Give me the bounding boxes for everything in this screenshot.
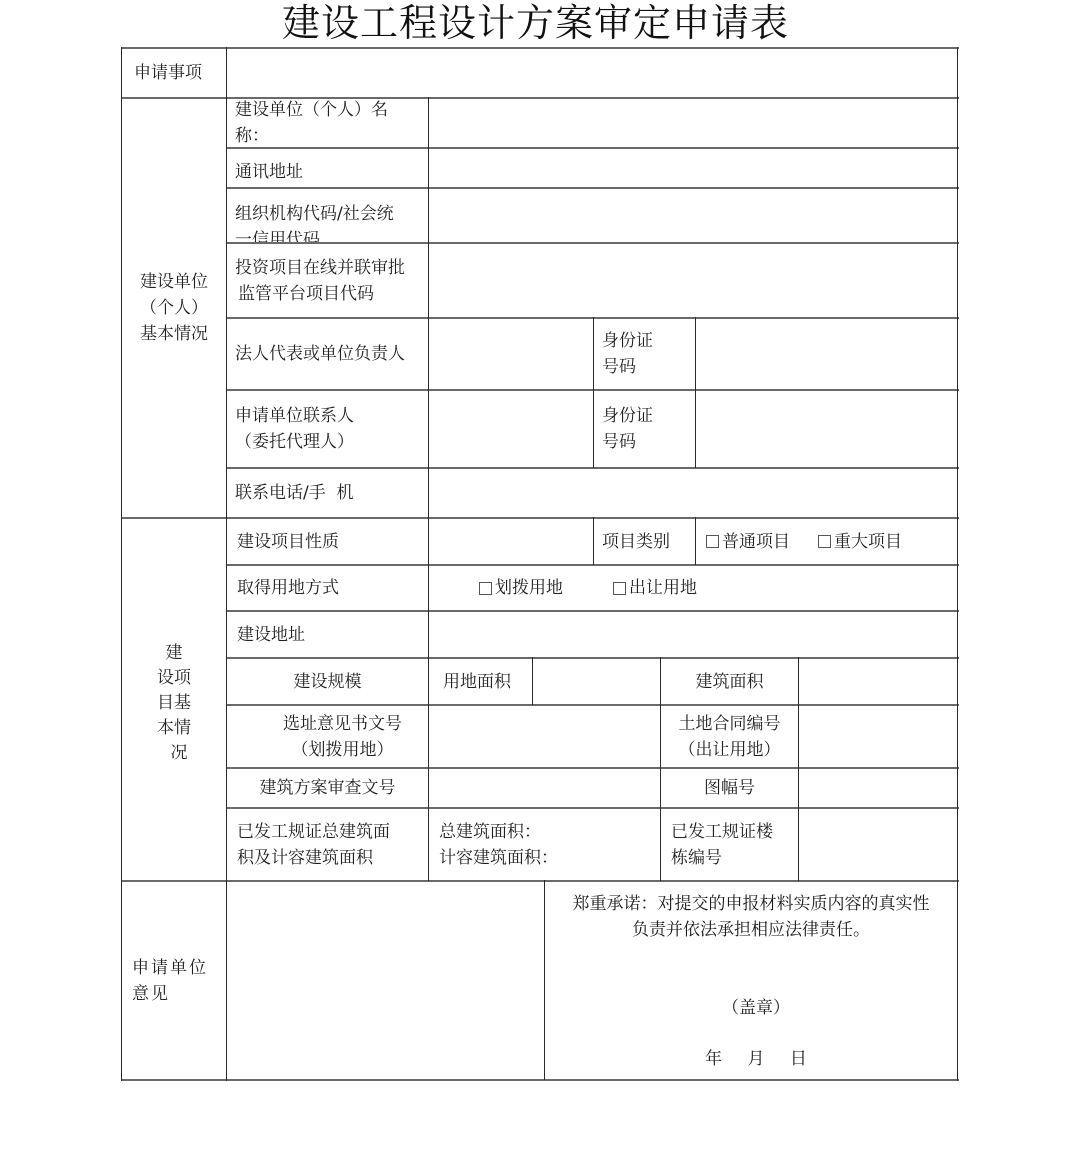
org-code-label-line: 组织机构代码/社会统: [235, 201, 394, 227]
issued-permit-area-label-line: 积及计容建筑面积: [237, 845, 390, 871]
site-opinion-field[interactable]: [429, 706, 660, 767]
project-section-label-line: 设项: [157, 666, 191, 691]
checkbox-major-project[interactable]: 重大项目: [818, 529, 902, 555]
page-title: 建设工程设计方案审定申请表: [0, 0, 1071, 48]
issued-permit-area-field[interactable]: 总建筑面积： 计容建筑面积：: [429, 809, 660, 880]
project-nature-field[interactable]: [429, 519, 593, 564]
scale-label: 建设规模: [227, 659, 428, 704]
opinion-section-label: 申请单位 意见: [122, 882, 226, 1079]
legal-rep-id-field[interactable]: [696, 319, 957, 389]
contact-id-field[interactable]: [696, 391, 957, 467]
project-section-label-line: 建: [157, 641, 191, 666]
pledge-text: 郑重承诺：对提交的申报材料实质内容的真实性 负责并依法承担相应法律责任。: [544, 891, 958, 943]
platform-code-field[interactable]: [429, 244, 957, 317]
applicant-section-label-line: 建设单位: [140, 269, 208, 295]
land-contract-label-line: （出让用地）: [679, 737, 781, 763]
legal-rep-id-label-line: 身份证: [602, 328, 653, 354]
date-label: 年 月 日: [544, 1044, 968, 1069]
land-contract-label-line: 土地合同编号: [679, 711, 781, 737]
contact-person-label: 申请单位联系人 （委托代理人）: [227, 391, 428, 467]
checkbox-icon[interactable]: [818, 535, 831, 548]
mailing-address-label: 通讯地址: [227, 149, 428, 187]
issued-permit-building-label: 已发工规证楼 栋编号: [661, 809, 798, 880]
site-address-field[interactable]: [429, 612, 957, 657]
checkbox-label: 普通项目: [722, 529, 790, 555]
opinion-section-label-line: 申请单位: [132, 955, 208, 981]
issued-permit-building-field[interactable]: [799, 809, 957, 880]
project-category-label: 项目类别: [594, 519, 695, 564]
land-area-field[interactable]: [533, 659, 660, 704]
land-method-label: 取得用地方式: [227, 566, 428, 610]
land-method-options: 划拨用地 出让用地: [429, 566, 957, 610]
contact-id-label-line: 身份证: [602, 403, 653, 429]
mailing-address-field[interactable]: [429, 149, 957, 187]
project-nature-label: 建设项目性质: [227, 519, 428, 564]
contact-id-label-line: 号码: [602, 429, 653, 455]
org-code-label: 组织机构代码/社会统 一信用代码: [227, 189, 428, 242]
project-section-label: 建 设项 目基 本情 况: [122, 519, 226, 880]
scheme-review-field[interactable]: [429, 769, 660, 807]
checkbox-icon[interactable]: [613, 582, 626, 595]
legal-rep-id-label-line: 号码: [602, 354, 653, 380]
project-category-options: 普通项目 重大项目: [696, 519, 957, 564]
checkbox-label: 重大项目: [834, 529, 902, 555]
checkbox-ordinary-project[interactable]: 普通项目: [706, 529, 790, 555]
project-section-label-line: 本情: [157, 716, 191, 741]
issued-permit-area-label: 已发工规证总建筑面 积及计容建筑面积: [227, 809, 428, 880]
application-item-label: 申请事项: [122, 49, 226, 97]
sheet-number-label: 图幅号: [661, 769, 798, 807]
opinion-section-label-line: 意见: [132, 981, 208, 1007]
checkbox-allocated-land[interactable]: 划拨用地: [479, 575, 563, 601]
seal-label: （盖章）: [544, 993, 968, 1018]
sheet-number-field[interactable]: [799, 769, 957, 807]
building-area-field[interactable]: [799, 659, 957, 704]
checkbox-label: 出让用地: [629, 575, 697, 601]
phone-label: 联系电话/手 机: [227, 469, 428, 517]
applicant-name-field[interactable]: [429, 99, 957, 147]
platform-code-label-line: 监管平台项目代码: [235, 281, 405, 307]
land-contract-label: 土地合同编号 （出让用地）: [661, 706, 798, 767]
project-section-label-line: 目基: [157, 691, 191, 716]
checkbox-transferred-land[interactable]: 出让用地: [613, 575, 697, 601]
phone-field[interactable]: [429, 469, 957, 517]
opinion-field[interactable]: [227, 882, 544, 1079]
legal-rep-label: 法人代表或单位负责人: [227, 319, 428, 389]
contact-person-field[interactable]: [429, 391, 593, 467]
legal-rep-id-label: 身份证 号码: [594, 319, 695, 389]
checkbox-label: 划拨用地: [495, 575, 563, 601]
land-contract-field[interactable]: [799, 706, 957, 767]
checkbox-icon[interactable]: [706, 535, 719, 548]
contact-id-label: 身份证 号码: [594, 391, 695, 467]
applicant-name-label: 建设单位（个人）名称：: [227, 99, 428, 147]
contact-person-label-line: 申请单位联系人: [235, 403, 354, 429]
site-opinion-label: 选址意见书文号 （划拨用地）: [227, 706, 428, 767]
site-opinion-label-line: （划拨用地）: [283, 737, 402, 763]
site-opinion-label-line: 选址意见书文号: [283, 711, 402, 737]
total-building-area-label: 总建筑面积：: [439, 819, 558, 845]
platform-code-label-line: 投资项目在线并联审批: [235, 255, 405, 281]
application-item-field[interactable]: [227, 49, 957, 97]
building-area-label: 建筑面积: [661, 659, 798, 704]
pledge-block: 郑重承诺：对提交的申报材料实质内容的真实性 负责并依法承担相应法律责任。 （盖章…: [544, 881, 958, 1080]
applicant-section-label: 建设单位 （个人） 基本情况: [122, 99, 226, 517]
org-code-field[interactable]: [429, 189, 957, 242]
scheme-review-label: 建筑方案审查文号: [227, 769, 428, 807]
checkbox-icon[interactable]: [479, 582, 492, 595]
platform-code-label: 投资项目在线并联审批 监管平台项目代码: [227, 244, 428, 317]
applicant-section-label-line: 基本情况: [140, 321, 208, 347]
site-address-label: 建设地址: [227, 612, 428, 657]
legal-rep-field[interactable]: [429, 319, 593, 389]
issued-permit-area-label-line: 已发工规证总建筑面: [237, 819, 390, 845]
pledge-line: 负责并依法承担相应法律责任。: [544, 917, 958, 943]
issued-permit-building-label-line: 栋编号: [671, 845, 773, 871]
contact-person-label-line: （委托代理人）: [235, 429, 354, 455]
org-code-label-line: 一信用代码: [235, 227, 394, 242]
plot-ratio-area-label: 计容建筑面积：: [439, 845, 558, 871]
project-section-label-line: 况: [157, 741, 191, 766]
pledge-line: 郑重承诺：对提交的申报材料实质内容的真实性: [544, 891, 958, 917]
land-area-label: 用地面积: [429, 659, 532, 704]
applicant-section-label-line: （个人）: [140, 295, 208, 321]
issued-permit-building-label-line: 已发工规证楼: [671, 819, 773, 845]
